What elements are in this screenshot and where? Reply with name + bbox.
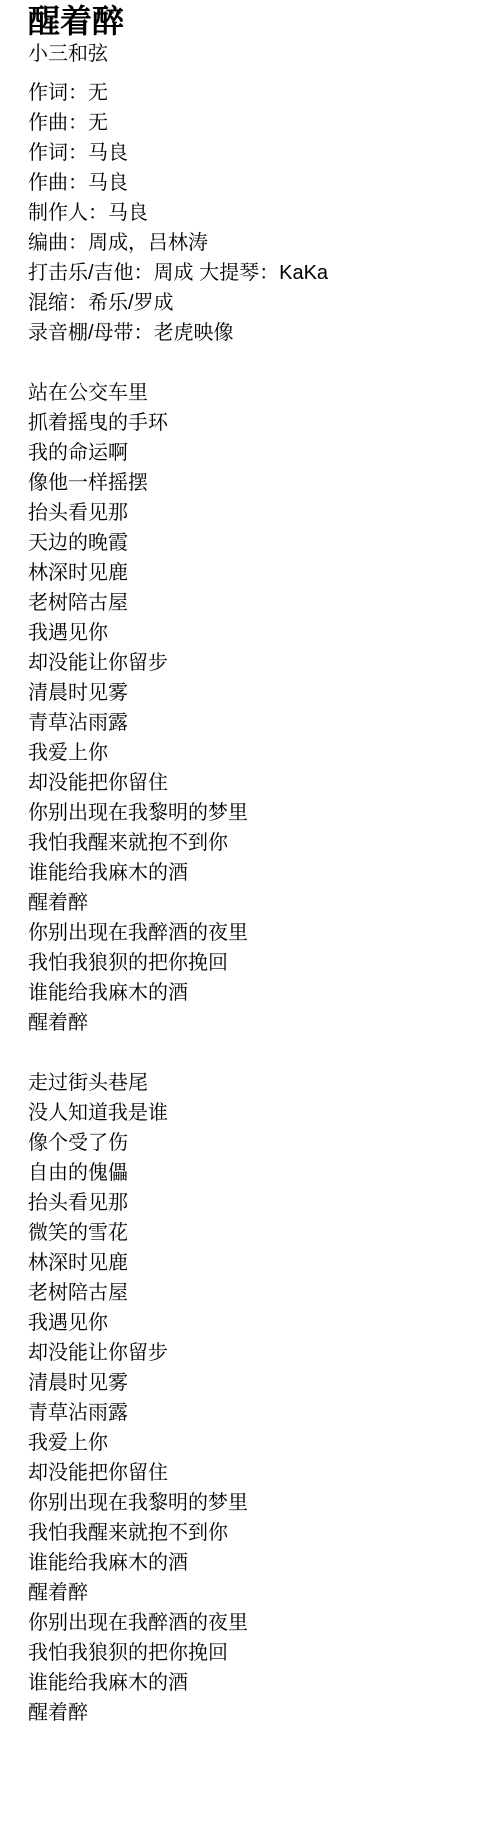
lyric-line: 你别出现在我醉酒的夜里 bbox=[28, 1608, 480, 1638]
credit-line: 制作人：马良 bbox=[28, 198, 480, 228]
lyric-line: 青草沾雨露 bbox=[28, 1398, 480, 1428]
artist-name: 小三和弦 bbox=[28, 40, 480, 68]
lyric-line: 我遇见你 bbox=[28, 618, 480, 648]
credit-line: 作曲：马良 bbox=[28, 168, 480, 198]
lyric-line: 没人知道我是谁 bbox=[28, 1098, 480, 1128]
lyric-line: 林深时见鹿 bbox=[28, 558, 480, 588]
verse-1: 站在公交车里抓着摇曳的手环我的命运啊像他一样摇摆抬头看见那天边的晚霞林深时见鹿老… bbox=[28, 378, 480, 1038]
credit-line: 编曲：周成，吕林涛 bbox=[28, 228, 480, 258]
lyric-line: 我怕我狼狈的把你挽回 bbox=[28, 948, 480, 978]
credits-block: 作词：无作曲：无作词：马良作曲：马良制作人：马良编曲：周成，吕林涛打击乐/吉他：… bbox=[28, 78, 480, 348]
lyric-line: 谁能给我麻木的酒 bbox=[28, 858, 480, 888]
lyric-line: 你别出现在我黎明的梦里 bbox=[28, 1488, 480, 1518]
lyrics-page: 醒着醉 小三和弦 作词：无作曲：无作词：马良作曲：马良制作人：马良编曲：周成，吕… bbox=[0, 0, 500, 1728]
lyric-line: 我怕我醒来就抱不到你 bbox=[28, 1518, 480, 1548]
lyric-line: 我的命运啊 bbox=[28, 438, 480, 468]
lyric-line: 谁能给我麻木的酒 bbox=[28, 1548, 480, 1578]
lyric-line: 林深时见鹿 bbox=[28, 1248, 480, 1278]
lyric-line: 谁能给我麻木的酒 bbox=[28, 1668, 480, 1698]
credit-line: 混缩：希乐/罗成 bbox=[28, 288, 480, 318]
credit-line: 作词：马良 bbox=[28, 138, 480, 168]
lyrics-body: 站在公交车里抓着摇曳的手环我的命运啊像他一样摇摆抬头看见那天边的晚霞林深时见鹿老… bbox=[28, 378, 480, 1728]
lyric-line: 微笑的雪花 bbox=[28, 1218, 480, 1248]
song-title: 醒着醉 bbox=[28, 2, 480, 40]
lyric-line: 我遇见你 bbox=[28, 1308, 480, 1338]
credit-line: 作词：无 bbox=[28, 78, 480, 108]
lyric-line: 抓着摇曳的手环 bbox=[28, 408, 480, 438]
lyric-line: 你别出现在我黎明的梦里 bbox=[28, 798, 480, 828]
lyric-line: 站在公交车里 bbox=[28, 378, 480, 408]
lyric-line: 却没能把你留住 bbox=[28, 1458, 480, 1488]
lyric-line: 却没能让你留步 bbox=[28, 648, 480, 678]
lyric-line: 醒着醉 bbox=[28, 1008, 480, 1038]
lyric-line: 青草沾雨露 bbox=[28, 708, 480, 738]
lyric-line: 我怕我狼狈的把你挽回 bbox=[28, 1638, 480, 1668]
verse-2: 走过街头巷尾没人知道我是谁像个受了伤自由的傀儡抬头看见那微笑的雪花林深时见鹿老树… bbox=[28, 1068, 480, 1728]
lyric-line: 我怕我醒来就抱不到你 bbox=[28, 828, 480, 858]
lyric-line: 却没能让你留步 bbox=[28, 1338, 480, 1368]
credit-line: 录音棚/母带：老虎映像 bbox=[28, 318, 480, 348]
lyric-line: 走过街头巷尾 bbox=[28, 1068, 480, 1098]
lyric-line: 醒着醉 bbox=[28, 1698, 480, 1728]
lyric-line: 醒着醉 bbox=[28, 1578, 480, 1608]
lyric-line: 老树陪古屋 bbox=[28, 588, 480, 618]
lyric-line: 天边的晚霞 bbox=[28, 528, 480, 558]
credit-line: 打击乐/吉他：周成 大提琴：KaKa bbox=[28, 258, 480, 288]
lyric-line: 抬头看见那 bbox=[28, 1188, 480, 1218]
lyric-line: 我爱上你 bbox=[28, 1428, 480, 1458]
lyric-line: 像他一样摇摆 bbox=[28, 468, 480, 498]
lyric-line: 老树陪古屋 bbox=[28, 1278, 480, 1308]
lyric-line: 却没能把你留住 bbox=[28, 768, 480, 798]
lyric-line: 清晨时见雾 bbox=[28, 1368, 480, 1398]
lyric-line: 抬头看见那 bbox=[28, 498, 480, 528]
lyric-line: 你别出现在我醉酒的夜里 bbox=[28, 918, 480, 948]
lyric-line: 像个受了伤 bbox=[28, 1128, 480, 1158]
lyric-line: 自由的傀儡 bbox=[28, 1158, 480, 1188]
lyric-line: 清晨时见雾 bbox=[28, 678, 480, 708]
credit-line: 作曲：无 bbox=[28, 108, 480, 138]
lyric-line: 醒着醉 bbox=[28, 888, 480, 918]
lyric-line: 谁能给我麻木的酒 bbox=[28, 978, 480, 1008]
lyric-line: 我爱上你 bbox=[28, 738, 480, 768]
